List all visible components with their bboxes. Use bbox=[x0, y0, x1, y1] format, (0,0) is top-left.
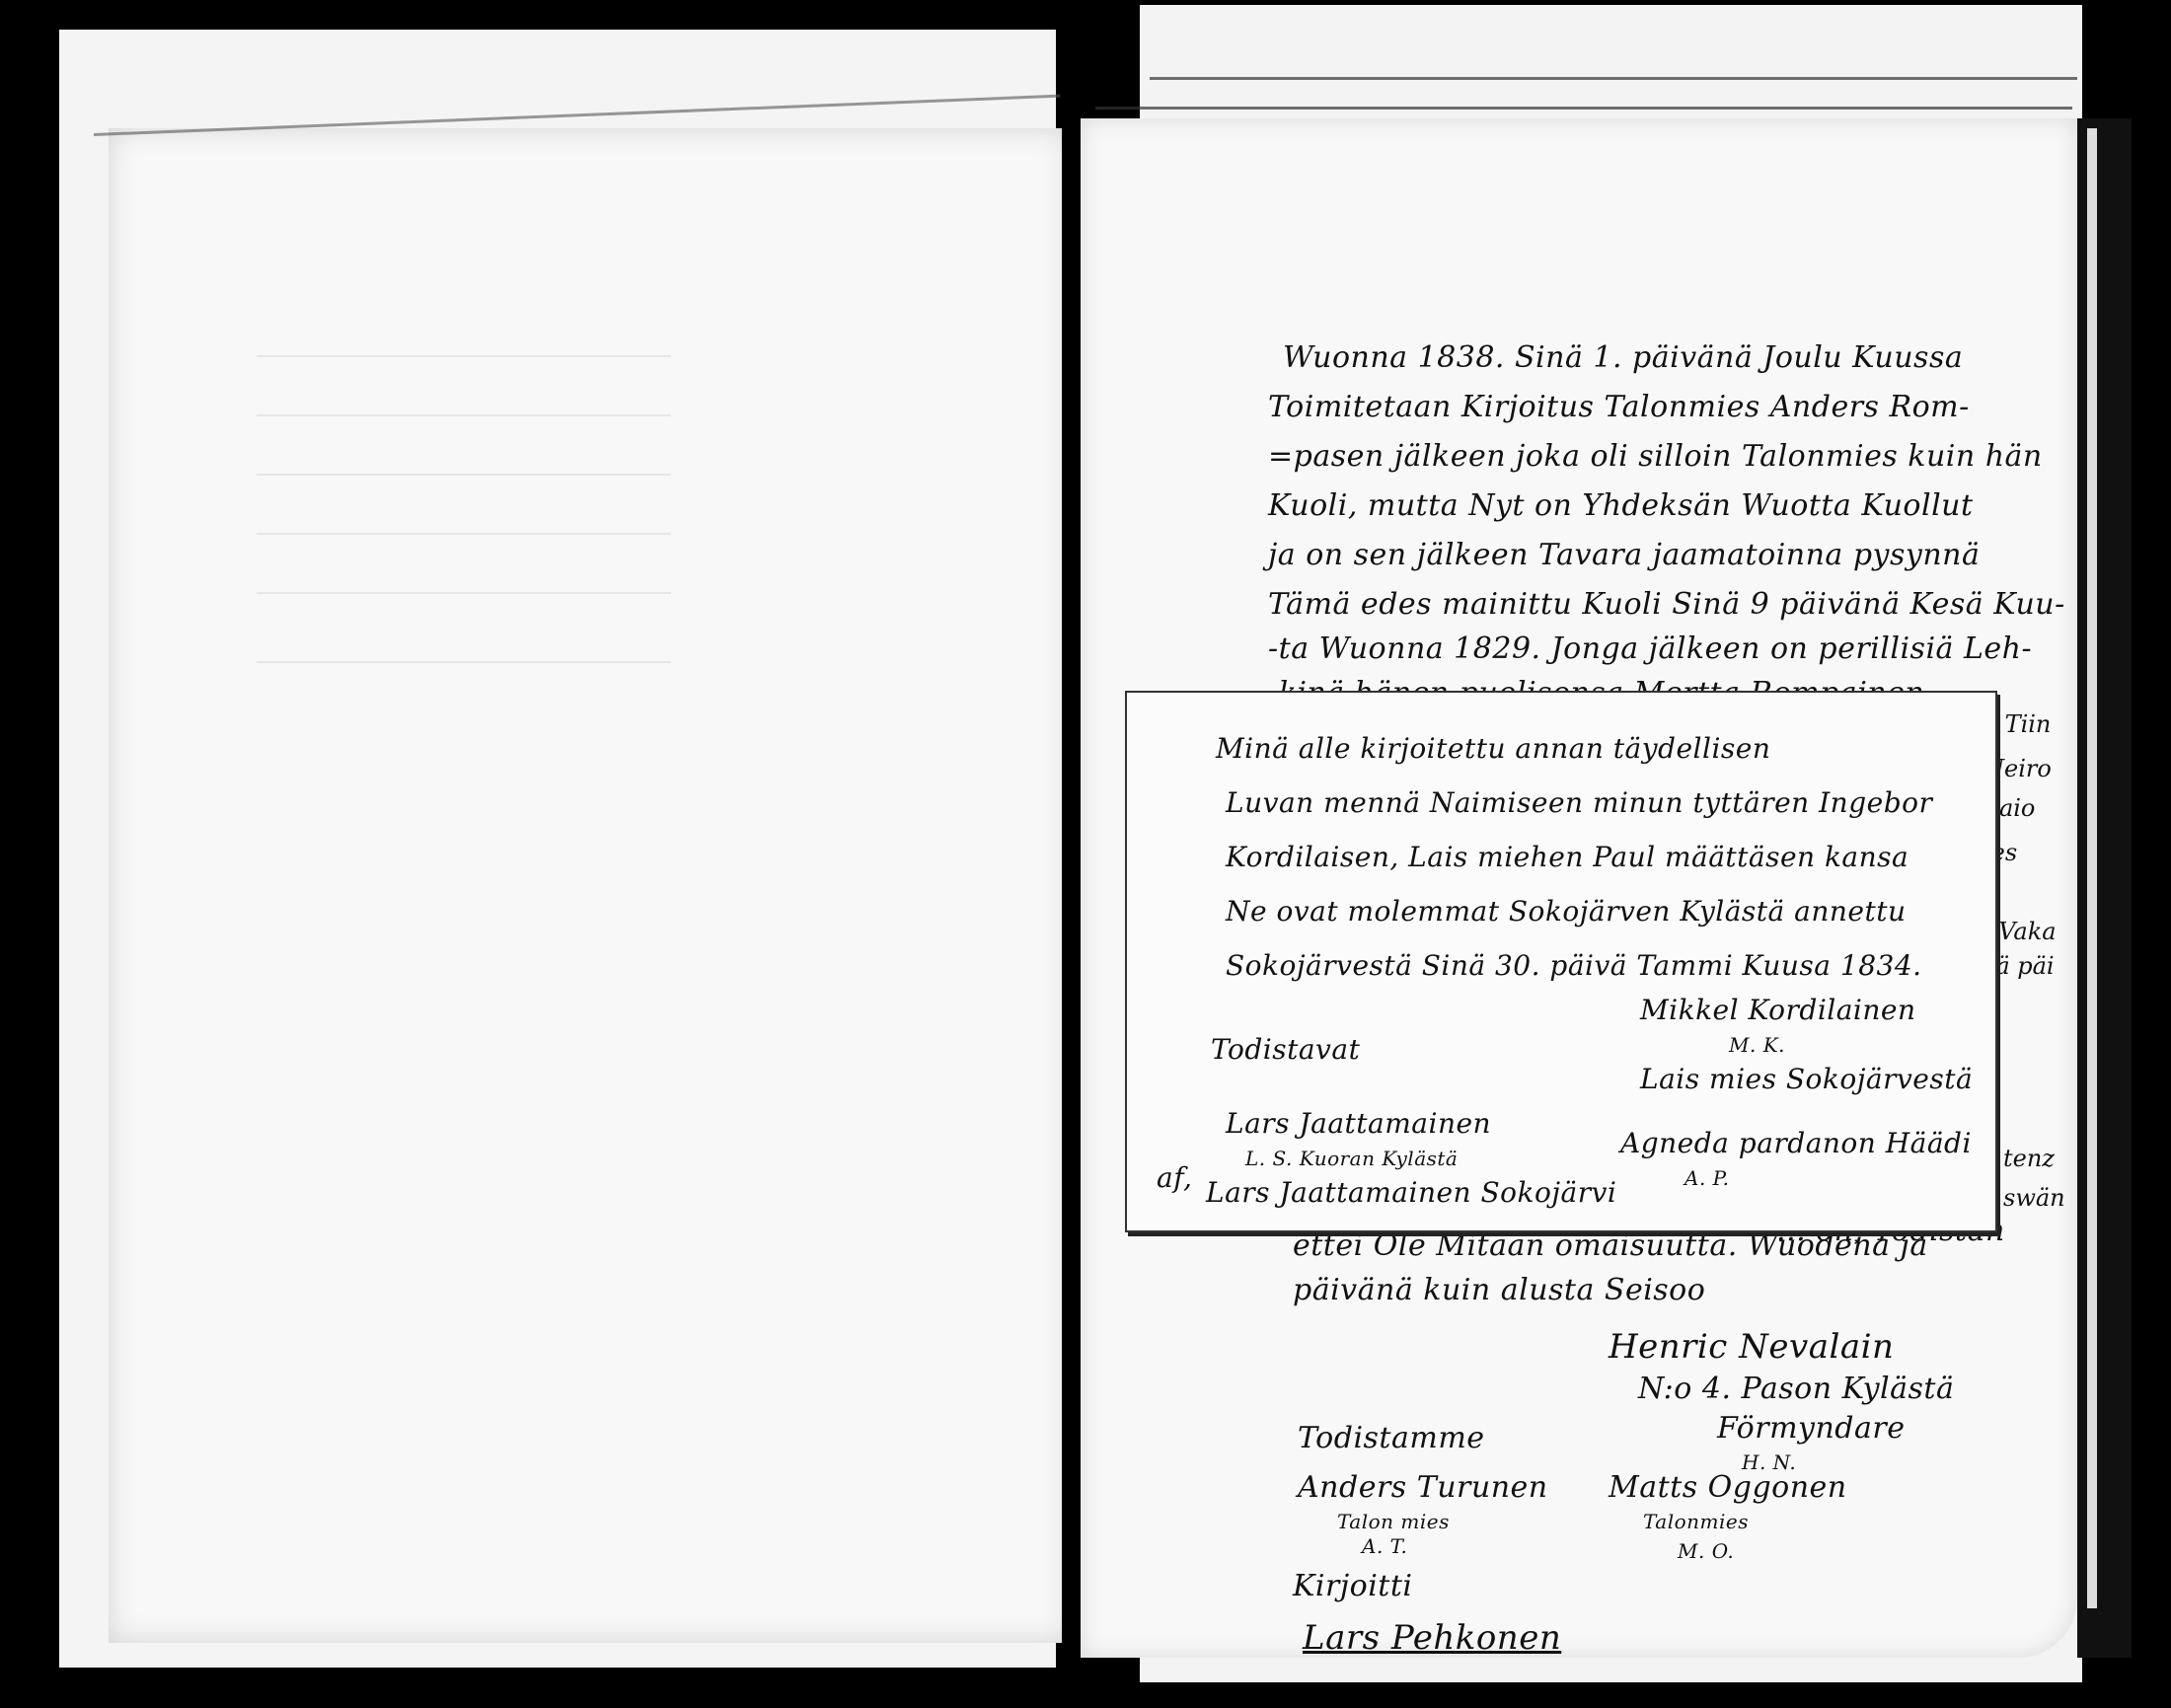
entry-line: Tämä edes mainittu Kuoli Sinä 9 päivänä … bbox=[1268, 587, 2065, 622]
sheet-edge bbox=[1150, 77, 2077, 80]
slip-signer: Mikkel Kordilainen bbox=[1640, 994, 1916, 1026]
witness-1-role: Talon mies bbox=[1337, 1510, 1450, 1533]
entry-line: ja on sen jälkeen Tavara jaamatoinna pys… bbox=[1268, 538, 1980, 572]
witness-2-role: Talonmies bbox=[1643, 1510, 1749, 1533]
witness-2-mark: M. O. bbox=[1678, 1539, 1734, 1563]
bleed-through-line bbox=[257, 533, 671, 535]
entry-line: =pasen jälkeen joka oli silloin Talonmie… bbox=[1268, 439, 2043, 474]
guardian-village: N:o 4. Pason Kylästä bbox=[1638, 1372, 1954, 1406]
pasted-slip: Minä alle kirjoitettu annan täydellisen … bbox=[1125, 691, 1997, 1232]
margin-fragment: swän bbox=[2003, 1184, 2065, 1212]
continuation-line: päivänä kuin alusta Seisoo bbox=[1293, 1273, 1705, 1307]
witness-1-name: Anders Turunen bbox=[1298, 1470, 1548, 1505]
right-page-edge-strip bbox=[2087, 128, 2097, 1608]
slip-signer-mark: M. K. bbox=[1729, 1033, 1785, 1057]
slip-witnesses-label: Todistavat bbox=[1211, 1033, 1360, 1066]
guardian-role: Förmyndare bbox=[1717, 1411, 1905, 1446]
writer-signature: Lars Pehkonen bbox=[1303, 1618, 1561, 1658]
margin-fragment: tenz bbox=[2003, 1145, 2055, 1172]
slip-witness-1: Lars Jaattamainen bbox=[1226, 1107, 1491, 1140]
sheet-edge bbox=[1095, 107, 2072, 110]
bleed-through-line bbox=[257, 592, 671, 594]
bleed-through-line bbox=[257, 661, 671, 663]
guardian-name: Henric Nevalain bbox=[1609, 1327, 1894, 1367]
entry-line: Kuoli, mutta Nyt on Yhdeksän Wuotta Kuol… bbox=[1268, 488, 1974, 523]
entry-line: Toimitetaan Kirjoitus Talonmies Anders R… bbox=[1268, 390, 1970, 424]
continuation-line: ettei Ole Mitään omaisuutta. Wuodena ja bbox=[1293, 1228, 1928, 1263]
bleed-through-line bbox=[257, 414, 671, 416]
witness-1-mark: A. T. bbox=[1362, 1534, 1407, 1558]
slip-line: Kordilaisen, Lais miehen Paul määttäsen … bbox=[1226, 841, 1909, 873]
witness-2-name: Matts Oggonen bbox=[1609, 1470, 1847, 1505]
slip-line: Sokojärvestä Sinä 30. päivä Tammi Kuusa … bbox=[1226, 949, 1922, 982]
writer-label: Kirjoitti bbox=[1293, 1569, 1413, 1603]
entry-line: Wuonna 1838. Sinä 1. päivänä Joulu Kuuss… bbox=[1283, 340, 1963, 375]
right-page-edge-shadow bbox=[2077, 118, 2132, 1658]
slip-line: Luvan mennä Naimiseen minun tyttären Ing… bbox=[1226, 786, 1932, 819]
slip-witness-3-mark: A. P. bbox=[1684, 1166, 1729, 1190]
slip-witness-2-prefix: af, bbox=[1157, 1161, 1192, 1194]
slip-witness-3: Agneda pardanon Häädi bbox=[1620, 1127, 1972, 1159]
bleed-through-line bbox=[257, 355, 671, 357]
slip-line: Ne ovat molemmat Sokojärven Kylästä anne… bbox=[1226, 895, 1907, 928]
slip-witness-1-place: L. S. Kuoran Kylästä bbox=[1245, 1147, 1458, 1170]
slip-line: Minä alle kirjoitettu annan täydellisen bbox=[1216, 732, 1770, 765]
witnesses-label: Todistamme bbox=[1298, 1421, 1485, 1455]
left-page bbox=[109, 128, 1071, 1643]
slip-signer-role: Lais mies Sokojärvestä bbox=[1640, 1063, 1973, 1095]
book-gutter bbox=[1062, 0, 1076, 1708]
slip-witness-2: Lars Jaattamainen Sokojärvi bbox=[1206, 1176, 1616, 1209]
entry-line: -ta Wuonna 1829. Jonga jälkeen on perill… bbox=[1268, 631, 2032, 666]
bleed-through-line bbox=[257, 474, 671, 476]
